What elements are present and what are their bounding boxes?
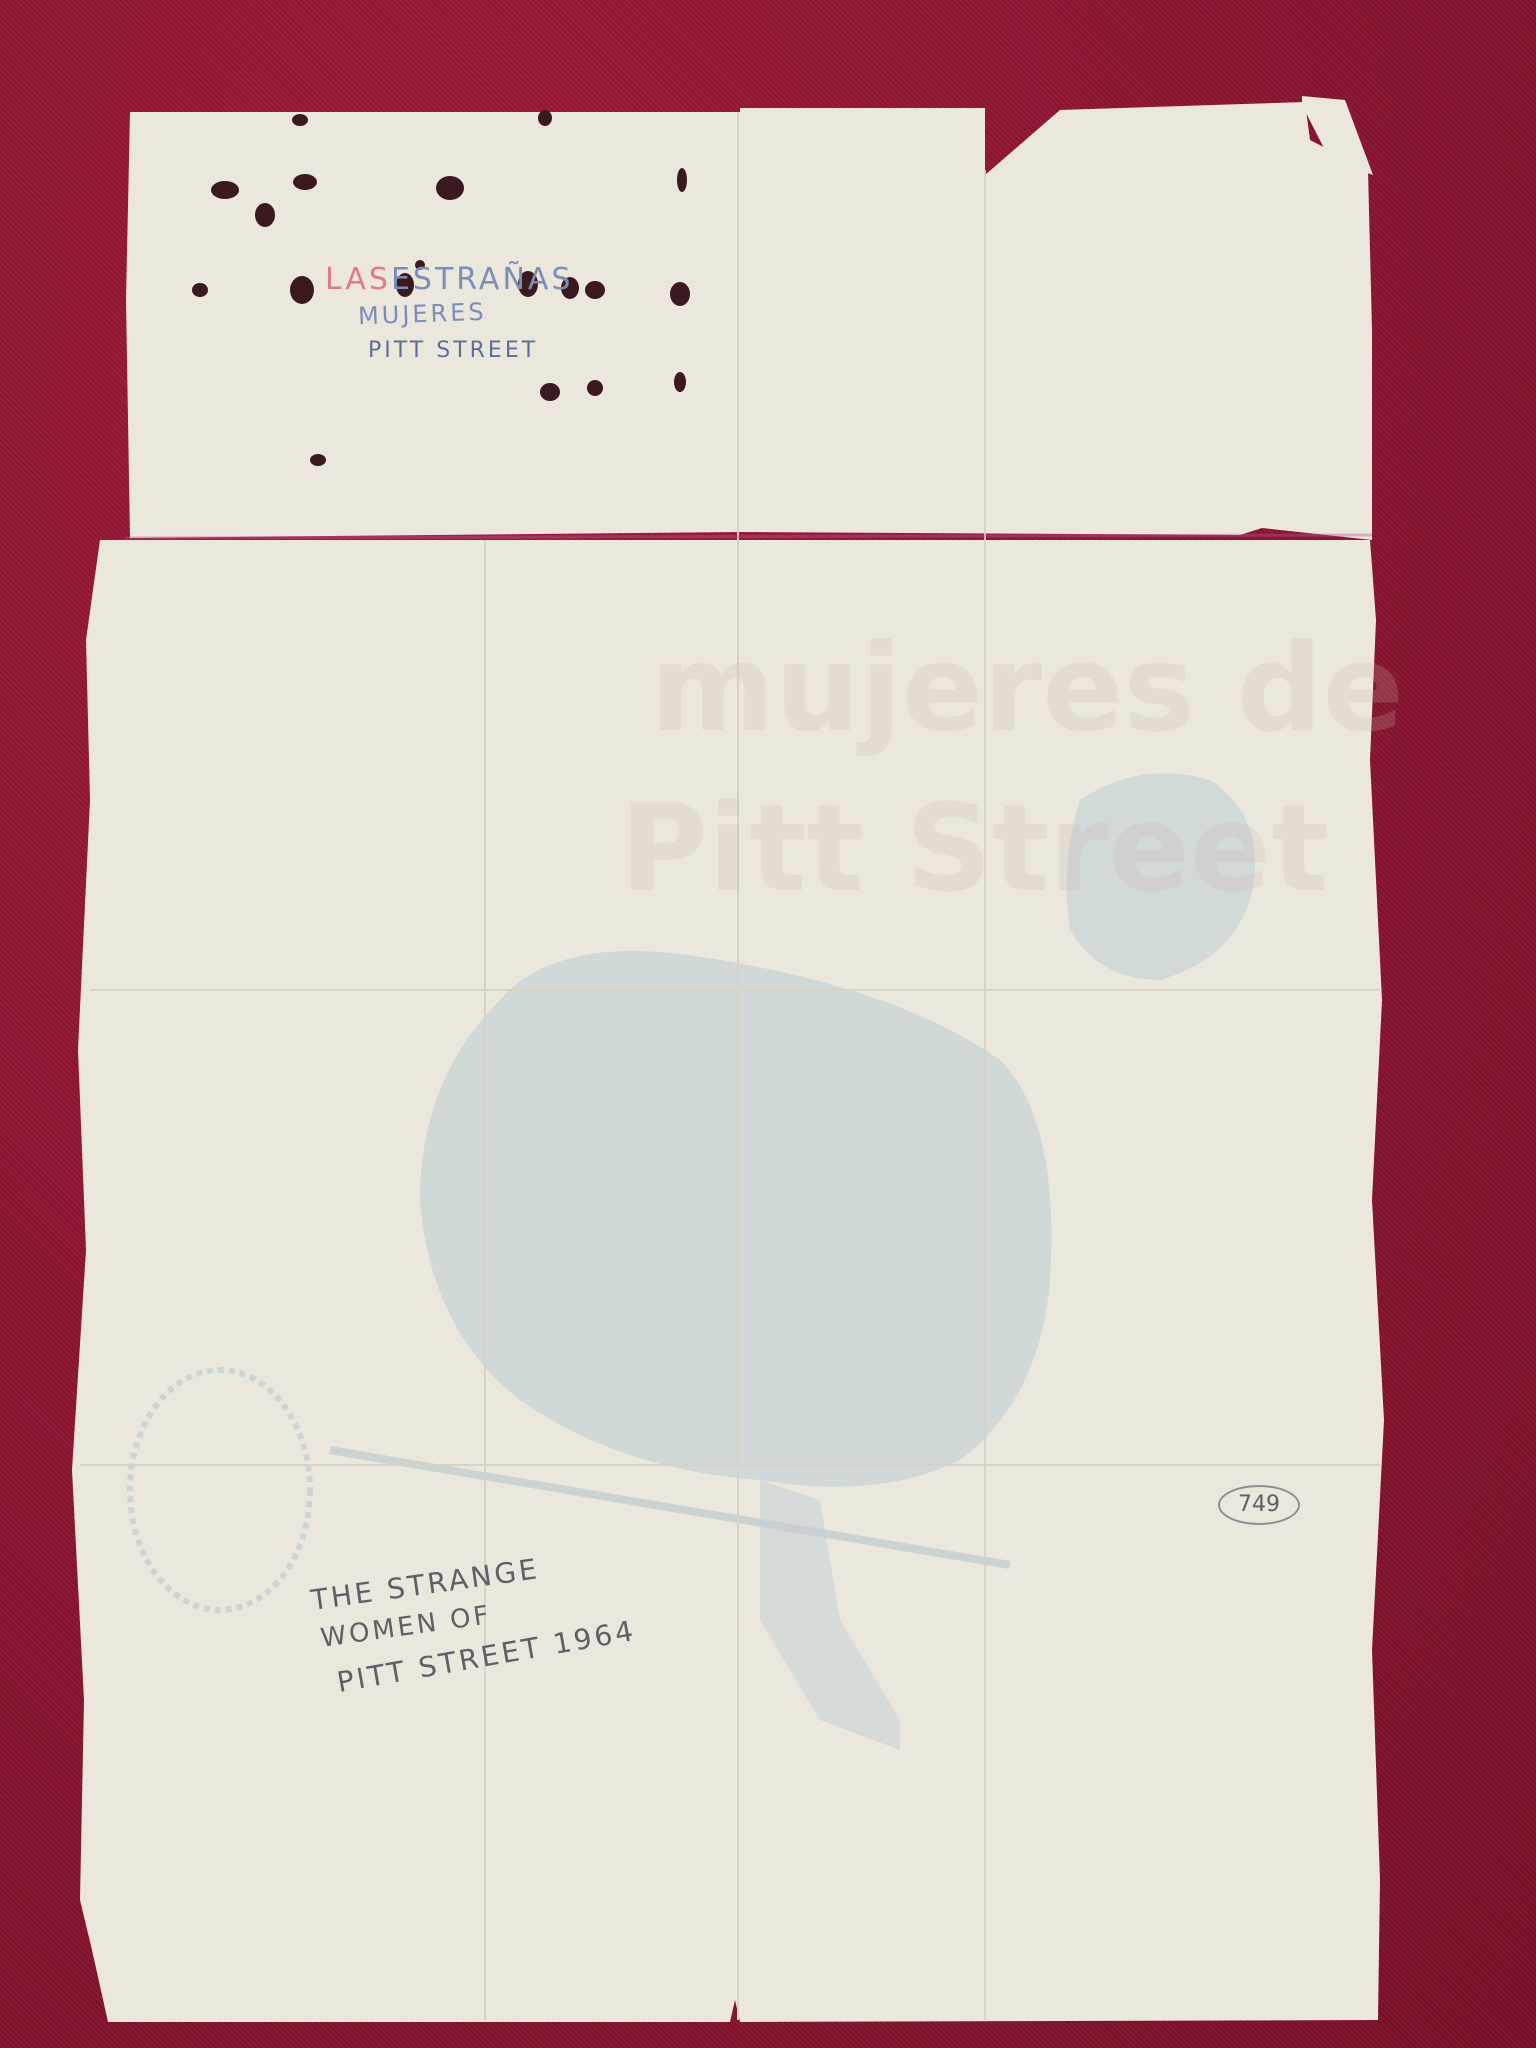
show-through-line2: Pitt Street <box>620 780 1329 919</box>
show-through-line1: mujeres de <box>650 620 1404 759</box>
top-note-prefix: LAS <box>325 262 391 297</box>
poster-back <box>0 0 1536 2048</box>
photo-scene: mujeres de Pitt Street LASESTRAÑAS MUJER… <box>0 0 1536 2048</box>
top-note-line3: PITT STREET <box>368 338 538 363</box>
top-note-line2: MUJERES <box>358 298 487 330</box>
top-note-title: ESTRAÑAS <box>391 262 573 297</box>
poster-top-panel <box>126 102 1372 540</box>
top-note-line1: LASESTRAÑAS <box>325 262 573 297</box>
inventory-number: 749 <box>1218 1485 1300 1525</box>
